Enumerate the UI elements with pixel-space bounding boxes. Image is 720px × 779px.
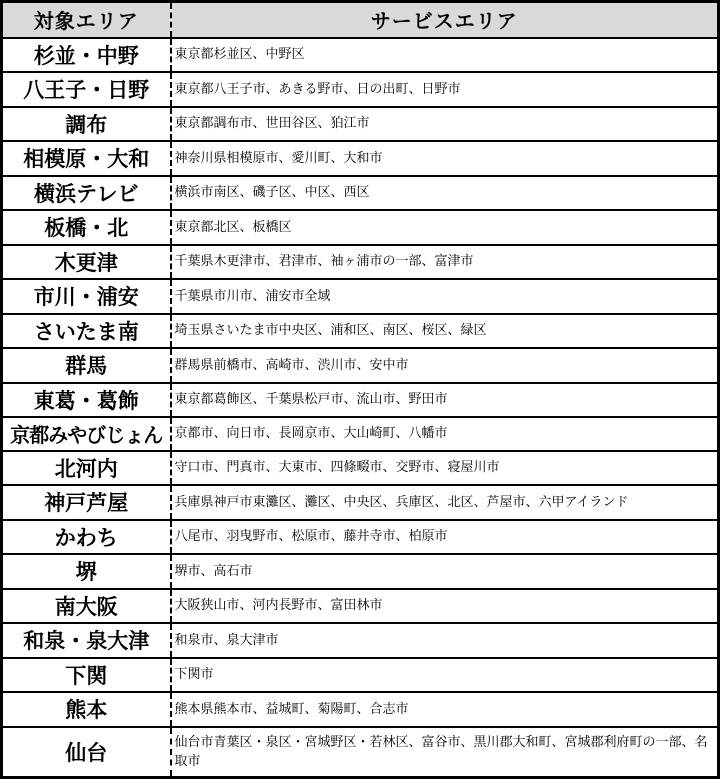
service-cell: 守口市、門真市、大東市、四條畷市、交野市、寝屋川市 <box>171 451 719 486</box>
table-row: 杉並・中野 東京都杉並区、中野区 <box>2 38 719 73</box>
table-row: 群馬 群馬県前橋市、高崎市、渋川市、安中市 <box>2 348 719 383</box>
service-cell: 兵庫県神戸市東灘区、灘区、中央区、兵庫区、北区、芦屋市、六甲アイランド <box>171 485 719 520</box>
service-cell: 東京都八王子市、あきる野市、日の出町、日野市 <box>171 72 719 107</box>
service-cell: 東京都杉並区、中野区 <box>171 38 719 73</box>
area-cell: 下関 <box>2 658 171 693</box>
service-cell: 熊本県熊本市、益城町、菊陽町、合志市 <box>171 692 719 727</box>
service-cell: 千葉県市川市、浦安市全域 <box>171 279 719 314</box>
service-cell: 八尾市、羽曳野市、松原市、藤井寺市、柏原市 <box>171 520 719 555</box>
column-header-service-area: サービスエリア <box>171 2 719 38</box>
area-cell: 京都みやびじょん <box>2 417 171 450</box>
service-cell: 群馬県前橋市、高崎市、渋川市、安中市 <box>171 348 719 383</box>
area-cell: 八王子・日野 <box>2 72 171 107</box>
table-row: 和泉・泉大津 和泉市、泉大津市 <box>2 623 719 658</box>
table-row: 北河内 守口市、門真市、大東市、四條畷市、交野市、寝屋川市 <box>2 451 719 486</box>
area-cell: 北河内 <box>2 451 171 486</box>
service-cell: 堺市、高石市 <box>171 554 719 589</box>
area-cell: さいたま南 <box>2 314 171 349</box>
service-cell: 横浜市南区、磯子区、中区、西区 <box>171 176 719 211</box>
service-cell: 仙台市青葉区・泉区・宮城野区・若林区、富谷市、黒川郡大和町、宮城郡利府町の一部、… <box>171 727 719 778</box>
table-row: 南大阪 大阪狭山市、河内長野市、富田林市 <box>2 589 719 624</box>
table-row: 仙台 仙台市青葉区・泉区・宮城野区・若林区、富谷市、黒川郡大和町、宮城郡利府町の… <box>2 727 719 778</box>
service-area-table: 対象エリア サービスエリア 杉並・中野 東京都杉並区、中野区 八王子・日野 東京… <box>0 0 720 779</box>
table-row: 神戸芦屋 兵庫県神戸市東灘区、灘区、中央区、兵庫区、北区、芦屋市、六甲アイランド <box>2 485 719 520</box>
service-cell: 和泉市、泉大津市 <box>171 623 719 658</box>
table-row: 東葛・葛飾 東京都葛飾区、千葉県松戸市、流山市、野田市 <box>2 383 719 418</box>
table-row: 横浜テレビ 横浜市南区、磯子区、中区、西区 <box>2 176 719 211</box>
service-cell: 埼玉県さいたま市中央区、浦和区、南区、桜区、緑区 <box>171 314 719 349</box>
table-row: さいたま南 埼玉県さいたま市中央区、浦和区、南区、桜区、緑区 <box>2 314 719 349</box>
area-cell: 木更津 <box>2 245 171 280</box>
area-cell: 東葛・葛飾 <box>2 383 171 418</box>
area-cell: 群馬 <box>2 348 171 383</box>
service-cell: 東京都調布市、世田谷区、狛江市 <box>171 107 719 142</box>
area-cell: 堺 <box>2 554 171 589</box>
table-header-row: 対象エリア サービスエリア <box>2 2 719 38</box>
table-row: 堺 堺市、高石市 <box>2 554 719 589</box>
table-row: かわち 八尾市、羽曳野市、松原市、藤井寺市、柏原市 <box>2 520 719 555</box>
table-row: 八王子・日野 東京都八王子市、あきる野市、日の出町、日野市 <box>2 72 719 107</box>
area-cell: 仙台 <box>2 727 171 778</box>
service-cell: 東京都葛飾区、千葉県松戸市、流山市、野田市 <box>171 383 719 418</box>
area-cell: 市川・浦安 <box>2 279 171 314</box>
area-cell: 和泉・泉大津 <box>2 623 171 658</box>
table-row: 熊本 熊本県熊本市、益城町、菊陽町、合志市 <box>2 692 719 727</box>
service-cell: 神奈川県相模原市、愛川町、大和市 <box>171 141 719 176</box>
table-row: 市川・浦安 千葉県市川市、浦安市全域 <box>2 279 719 314</box>
service-cell: 京都市、向日市、長岡京市、大山崎町、八幡市 <box>171 417 719 450</box>
service-cell: 大阪狭山市、河内長野市、富田林市 <box>171 589 719 624</box>
table-row: 木更津 千葉県木更津市、君津市、袖ヶ浦市の一部、富津市 <box>2 245 719 280</box>
area-cell: 横浜テレビ <box>2 176 171 211</box>
table-row: 京都みやびじょん 京都市、向日市、長岡京市、大山崎町、八幡市 <box>2 417 719 450</box>
table-row: 板橋・北 東京都北区、板橋区 <box>2 210 719 245</box>
area-cell: 板橋・北 <box>2 210 171 245</box>
service-cell: 東京都北区、板橋区 <box>171 210 719 245</box>
area-cell: 神戸芦屋 <box>2 485 171 520</box>
table-row: 下関 下関市 <box>2 658 719 693</box>
area-cell: 南大阪 <box>2 589 171 624</box>
service-cell: 下関市 <box>171 658 719 693</box>
area-cell: 杉並・中野 <box>2 38 171 73</box>
page: 対象エリア サービスエリア 杉並・中野 東京都杉並区、中野区 八王子・日野 東京… <box>0 0 720 779</box>
area-cell: 熊本 <box>2 692 171 727</box>
area-cell: かわち <box>2 520 171 555</box>
column-header-target-area: 対象エリア <box>2 2 171 38</box>
service-cell: 千葉県木更津市、君津市、袖ヶ浦市の一部、富津市 <box>171 245 719 280</box>
table-row: 相模原・大和 神奈川県相模原市、愛川町、大和市 <box>2 141 719 176</box>
area-cell: 相模原・大和 <box>2 141 171 176</box>
area-cell: 調布 <box>2 107 171 142</box>
table-row: 調布 東京都調布市、世田谷区、狛江市 <box>2 107 719 142</box>
